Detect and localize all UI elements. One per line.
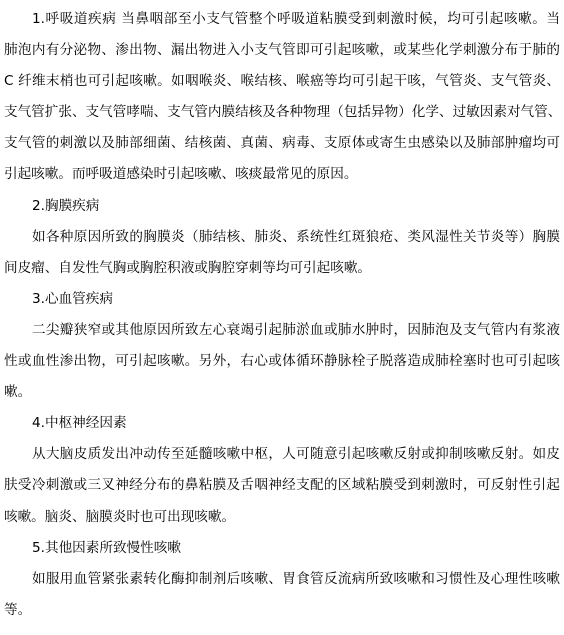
paragraph-line: 从大脑皮质发出冲动传至延髓咳嗽中枢，人可随意引起咳嗽反射或抑制咳嗽反射。如皮 [4,439,560,470]
paragraph-line: 性或血性渗出物，可引起咳嗽。另外，右心或体循环静脉栓子脱落造成肺栓塞时也可引起咳 [4,346,560,377]
paragraph-line: 肺泡内有分泌物、渗出物、漏出物进入小支气管即可引起咳嗽，或某些化学刺激分布于肺的 [4,35,560,66]
paragraph-line: 支气管的刺激以及肺部细菌、结核菌、真菌、病毒、支原体或寄生虫感染以及肺部肿瘤均可 [4,128,560,159]
section-heading: 2.胸膜疾病 [4,191,560,222]
paragraph-line: 二尖瓣狭窄或其他原因所致左心衰竭引起肺淤血或肺水肿时，因肺泡及支气管内有浆液 [4,315,560,346]
paragraph-line: 咳嗽。脑炎、脑膜炎时也可出现咳嗽。 [4,502,560,533]
section-other-chronic-cough-factors: 5.其他因素所致慢性咳嗽 如服用血管紧张素转化酶抑制剂后咳嗽、胃食管反流病所致咳… [4,533,560,626]
paragraph-line: 等。 [4,595,560,626]
section-heading: 3.心血管疾病 [4,284,560,315]
paragraph-line: 引起咳嗽。而呼吸道感染时引起咳嗽、咳痰最常见的原因。 [4,159,560,190]
paragraph-line: 1.呼吸道疾病 当鼻咽部至小支气管整个呼吸道粘膜受到刺激时候，均可引起咳嗽。当 [4,4,560,35]
paragraph-line: 间皮瘤、自发性气胸或胸腔积液或胸腔穿刺等均可引起咳嗽。 [4,253,560,284]
section-heading: 4.中枢神经因素 [4,408,560,439]
section-respiratory-disease: 1.呼吸道疾病 当鼻咽部至小支气管整个呼吸道粘膜受到刺激时候，均可引起咳嗽。当 … [4,4,560,191]
section-heading: 5.其他因素所致慢性咳嗽 [4,533,560,564]
paragraph-line: 嗽。 [4,377,560,408]
paragraph-line: C 纤维末梢也可引起咳嗽。如咽喉炎、喉结核、喉癌等均可引起干咳，气管炎、支气管炎… [4,66,560,97]
section-cardiovascular-disease: 3.心血管疾病 二尖瓣狭窄或其他原因所致左心衰竭引起肺淤血或肺水肿时，因肺泡及支… [4,284,560,408]
section-central-nervous-factors: 4.中枢神经因素 从大脑皮质发出冲动传至延髓咳嗽中枢，人可随意引起咳嗽反射或抑制… [4,408,560,532]
paragraph-line: 如各种原因所致的胸膜炎（肺结核、肺炎、系统性红斑狼疮、类风湿性关节炎等）胸膜 [4,222,560,253]
paragraph-line: 支气管扩张、支气管哮喘、支气管内膜结核及各种物理（包括异物）化学、过敏因素对气管… [4,97,560,128]
article-body: 1.呼吸道疾病 当鼻咽部至小支气管整个呼吸道粘膜受到刺激时候，均可引起咳嗽。当 … [4,4,560,626]
paragraph-line: 肤受冷刺激或三叉神经分布的鼻粘膜及舌咽神经支配的区域粘膜受到刺激时，可反射性引起 [4,470,560,501]
section-pleural-disease: 2.胸膜疾病 如各种原因所致的胸膜炎（肺结核、肺炎、系统性红斑狼疮、类风湿性关节… [4,191,560,284]
paragraph-line: 如服用血管紧张素转化酶抑制剂后咳嗽、胃食管反流病所致咳嗽和习惯性及心理性咳嗽 [4,564,560,595]
